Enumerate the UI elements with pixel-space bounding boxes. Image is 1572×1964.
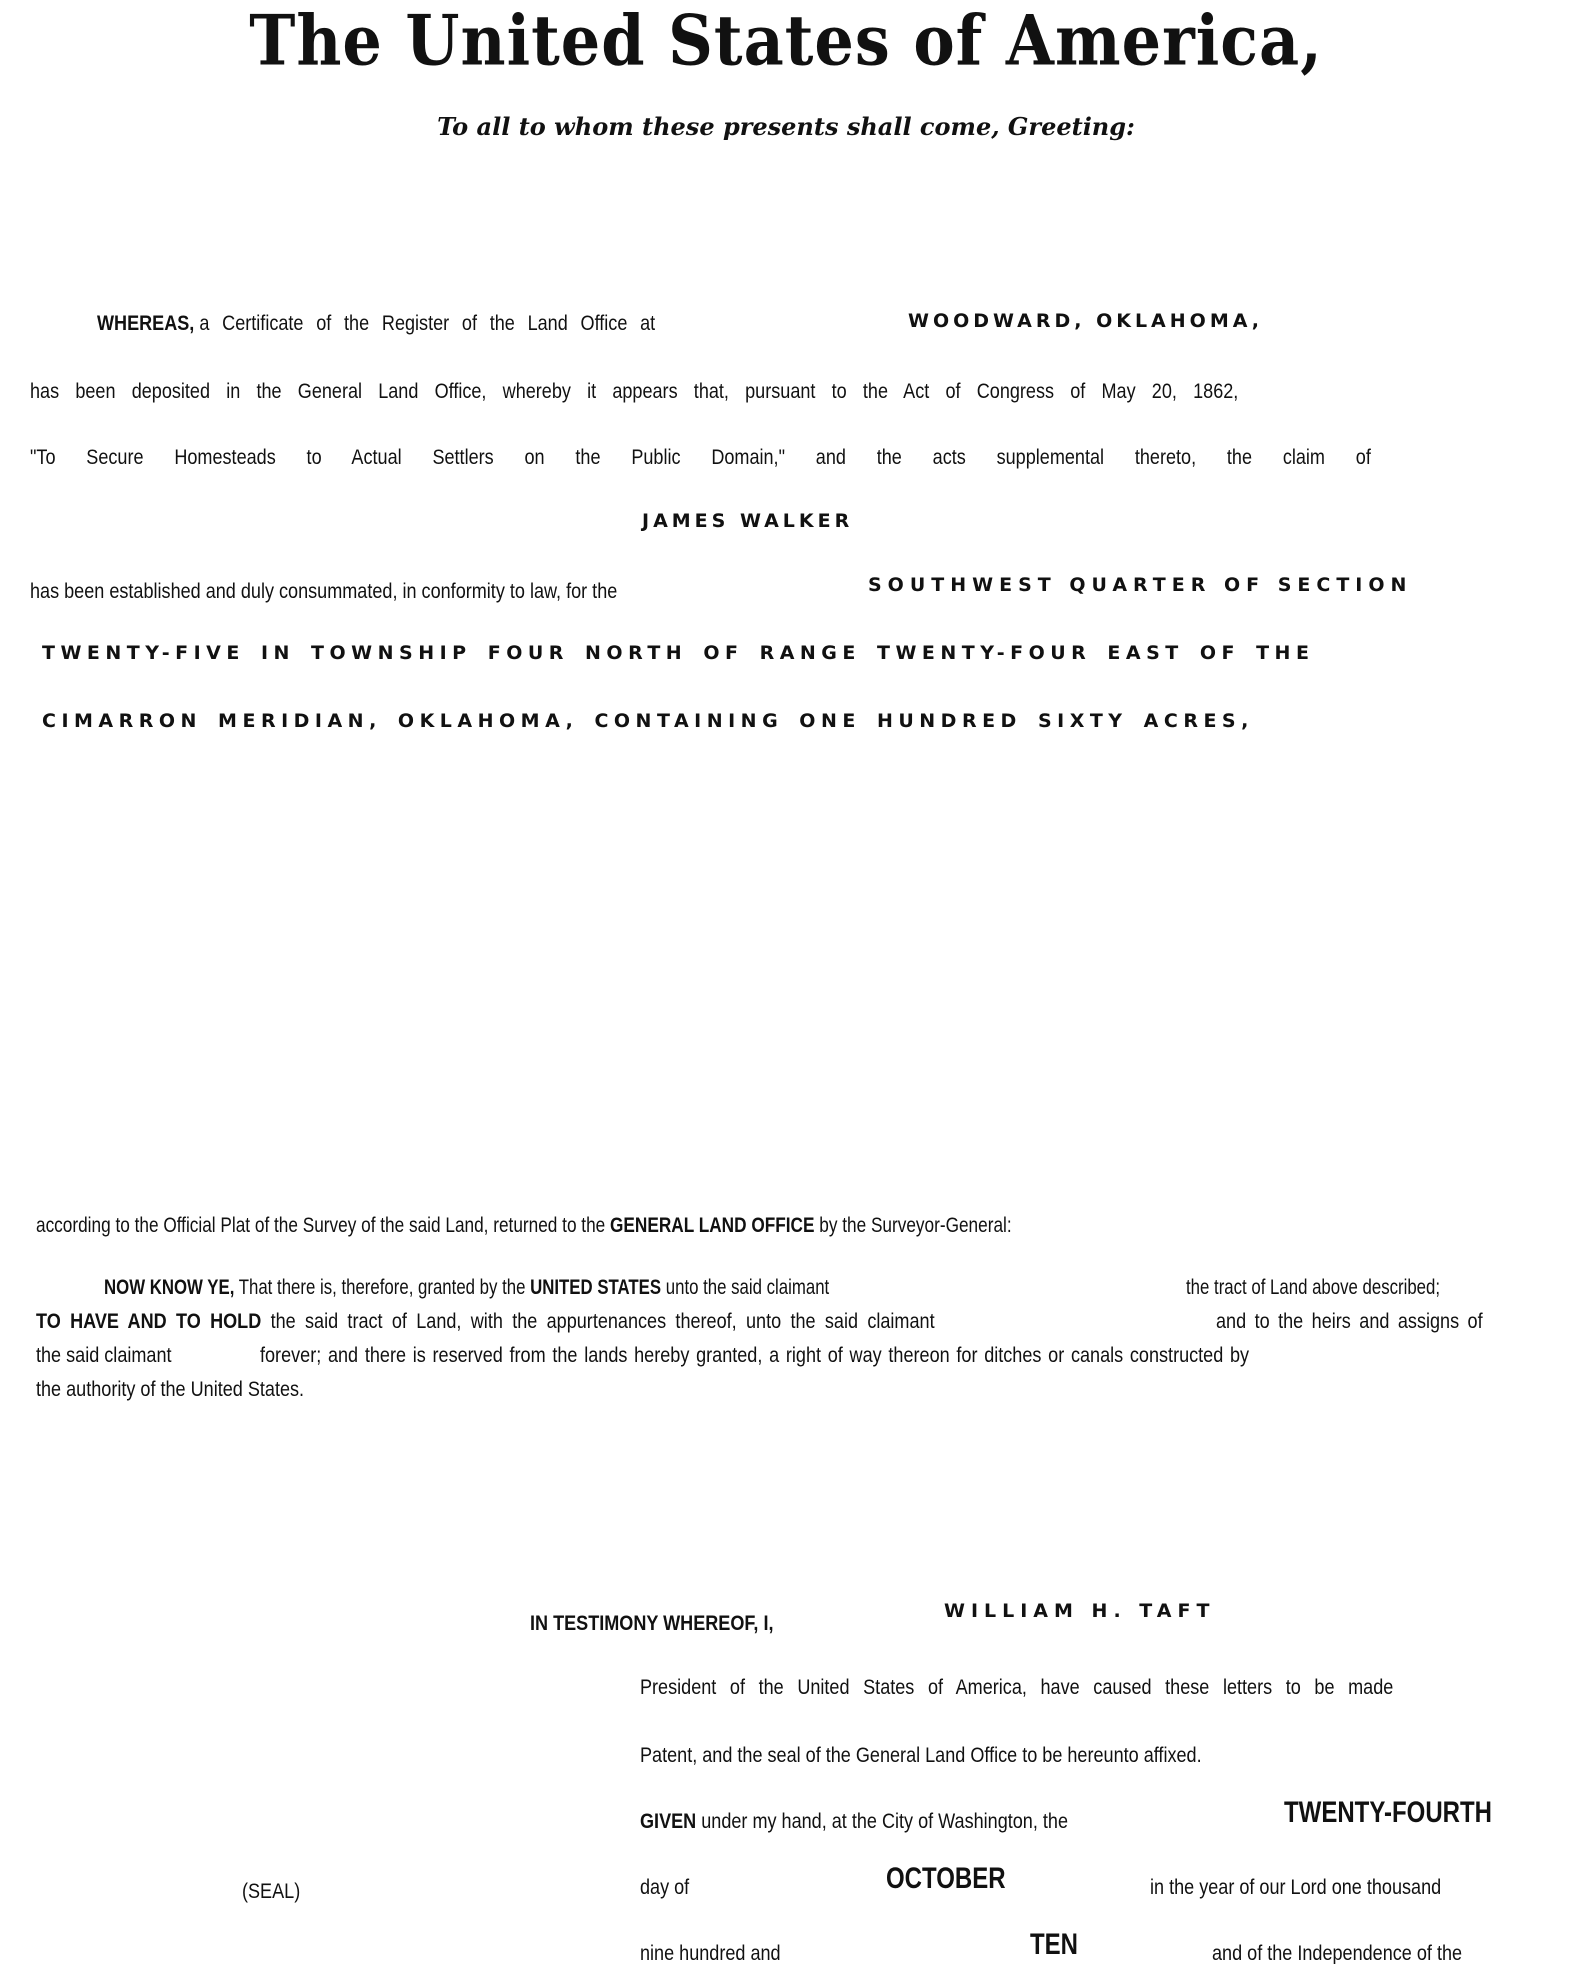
grant-line-1c: the tract of Land above described; (1186, 1276, 1440, 1300)
testimony-lead: IN TESTIMONY WHEREOF, I, (530, 1612, 774, 1636)
whereas-line-2: has been deposited in the General Land O… (30, 380, 1238, 404)
whereas-line-3: "To Secure Homesteads to Actual Settlers… (30, 446, 1371, 470)
grant-line-3b: forever; and there is reserved from the … (260, 1344, 1249, 1368)
year-text: in the year of our Lord one thousand (1150, 1876, 1441, 1900)
whereas-lead: WHEREAS, (97, 312, 194, 335)
greeting: To all to whom these presents shall come… (0, 112, 1572, 141)
given-lead: GIVEN (640, 1810, 696, 1833)
month-value: OCTOBER (886, 1862, 1006, 1896)
nine-hundred-label: nine hundred and (640, 1942, 781, 1964)
whereas-line-1: WHEREAS, a Certificate of the Register o… (97, 312, 655, 336)
grant-line-4: the authority of the United States. (36, 1378, 304, 1402)
united-states: UNITED STATES (530, 1276, 661, 1299)
independence-text: and of the Independence of the (1212, 1942, 1462, 1964)
land-description-3: CIMARRON MERIDIAN, OKLAHOMA, CONTAINING … (42, 710, 1254, 732)
land-description-2: TWENTY-FIVE IN TOWNSHIP FOUR NORTH OF RA… (42, 642, 1314, 664)
president-name: WILLIAM H. TAFT (944, 1600, 1215, 1622)
grant-line-1: NOW KNOW YE, That there is, therefore, g… (104, 1276, 829, 1300)
testimony-line-1: President of the United States of Americ… (640, 1676, 1393, 1700)
claimant-name: JAMES WALKER (642, 510, 853, 532)
day-of-label: day of (640, 1876, 689, 1900)
to-have-and-to-hold: TO HAVE AND TO HOLD (36, 1310, 261, 1333)
according-line: according to the Official Plat of the Su… (36, 1214, 1012, 1238)
testimony-line-2: Patent, and the seal of the General Land… (640, 1744, 1202, 1768)
land-office-location: WOODWARD, OKLAHOMA, (908, 310, 1263, 332)
given-text: under my hand, at the City of Washington… (701, 1810, 1068, 1833)
grant-text-1b: unto the said claimant (666, 1276, 829, 1299)
grant-line-2: TO HAVE AND TO HOLD the said tract of La… (36, 1310, 935, 1334)
given-line: GIVEN under my hand, at the City of Wash… (640, 1810, 1068, 1834)
land-description-1: SOUTHWEST QUARTER OF SECTION (868, 574, 1412, 596)
year-value: TEN (1030, 1928, 1078, 1962)
grant-text-1a: That there is, therefore, granted by the (239, 1276, 526, 1299)
according-text: according to the Official Plat of the Su… (36, 1214, 605, 1237)
document-title: The United States of America, (0, 0, 1572, 81)
now-know-ye: NOW KNOW YE, (104, 1276, 234, 1299)
grant-text-2a: the said tract of Land, with the appurte… (271, 1310, 935, 1333)
according-text-end: by the Surveyor-General: (819, 1214, 1011, 1237)
seal-label: (SEAL) (242, 1880, 300, 1904)
grant-line-2b: and to the heirs and assigns of (1216, 1310, 1483, 1334)
day-value: TWENTY-FOURTH (1284, 1796, 1492, 1830)
whereas-text: a Certificate of the Register of the Lan… (199, 312, 655, 335)
grant-line-3a: the said claimant (36, 1344, 172, 1368)
whereas-line-4: has been established and duly consummate… (30, 580, 617, 604)
general-land-office: GENERAL LAND OFFICE (610, 1214, 814, 1237)
